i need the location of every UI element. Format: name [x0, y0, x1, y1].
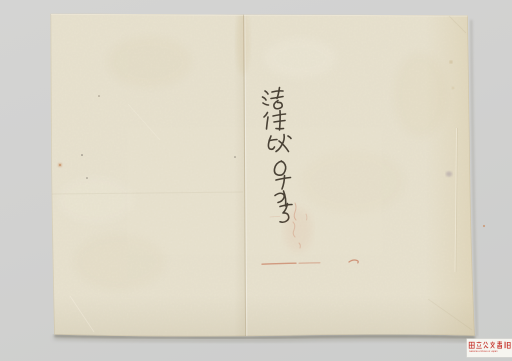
scanned-document-page: National Archives of Japan: [0, 0, 512, 361]
watermark-english-label: National Archives of Japan: [469, 351, 511, 353]
watermark-kanji: [467, 339, 512, 357]
archives-watermark: National Archives of Japan: [467, 339, 512, 357]
paper-sheet: [50, 10, 476, 338]
scan-image: [0, 0, 512, 361]
